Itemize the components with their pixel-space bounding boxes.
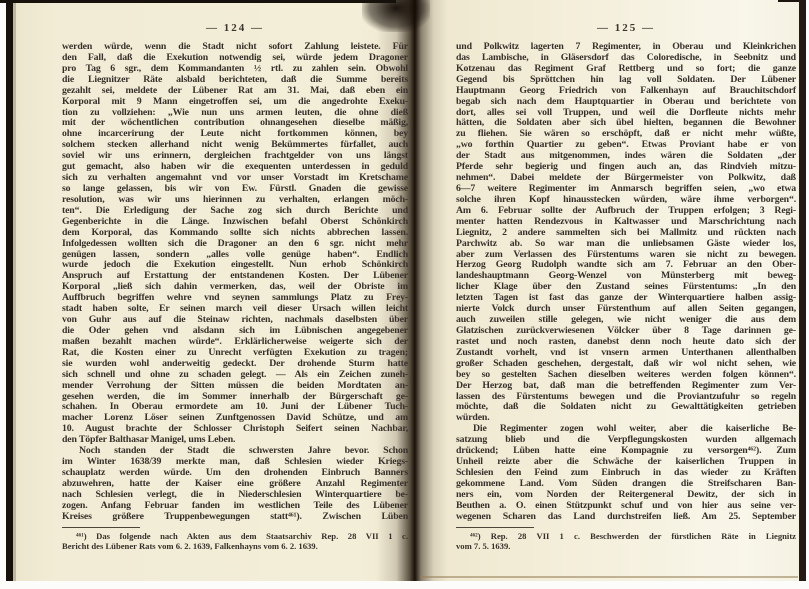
right-page-bottom-edge (420, 576, 798, 578)
scan-edge-left-black (6, 0, 13, 589)
text-line: Bericht des Lübener Rats vom 6. 2. 1639,… (62, 541, 408, 551)
page-body-text: werden würde, wenn die Stadt nicht sofor… (62, 42, 408, 523)
scan-edge-bottom-white (0, 581, 809, 589)
text-line: Liegnitz, 2 andere sammelten sich bei Ma… (456, 228, 796, 239)
text-line: Kreises größere Truppenbewegungen statt⁴… (62, 512, 408, 523)
scan-edge-left-inner (13, 0, 16, 589)
book-page-124: — 124 — werden würde, wenn die Stadt nic… (62, 22, 408, 551)
footnote: ⁴⁶¹) Das folgende nach Akten aus dem Sta… (62, 527, 408, 552)
text-line: Korporal mit 9 Mann eingetroffen sei, um… (62, 97, 408, 108)
page-number: — 124 — (62, 22, 408, 34)
text-line: wegenen Scharen das Land durchstreifen l… (456, 512, 796, 523)
text-line: sich schnell und ohne zu schaden gelegt.… (62, 370, 408, 381)
book-page-125: — 125 — und Polkwitz lagerten 7 Regiment… (456, 22, 796, 551)
page-body-text: und Polkwitz lagerten 7 Regimenter, in O… (456, 42, 796, 523)
text-line: gezahlt sei, meldete der Lübener Rat am … (62, 86, 408, 97)
text-line: Hauptmann Georg Friedrich von Falkenhayn… (456, 86, 796, 97)
text-line: möchte, daß die Soldaten nicht zu Gewalt… (456, 402, 796, 413)
text-line: ⁴⁶²) Rep. 28 VII 1 c. Beschwerden der fü… (456, 531, 796, 541)
text-line: begab sich nach dem Hauptquartier in Obe… (456, 97, 796, 108)
text-line: bey so gestelten Sachen dieselben weiter… (456, 370, 796, 381)
text-line: Infolgedessen wollten sich die Dragoner … (62, 239, 408, 250)
text-line: dem Korporal, das Kommando sollte sich n… (62, 228, 408, 239)
page-number: — 125 — (456, 22, 796, 34)
footnote-text: ⁴⁶²) Rep. 28 VII 1 c. Beschwerden der fü… (456, 531, 796, 552)
text-line: Der Herzog bat, daß man die betreffenden… (456, 381, 796, 392)
footnote-rule (456, 527, 534, 528)
footnote-rule (62, 527, 140, 528)
footnote: ⁴⁶²) Rep. 28 VII 1 c. Beschwerden der fü… (456, 527, 796, 552)
text-line: Parchwitz ab. So war man die unliebsamen… (456, 239, 796, 250)
text-line: vom 7. 5. 1639. (456, 541, 796, 551)
text-line: mender Verrohung der Sitten müssen die b… (62, 381, 408, 392)
text-line: ⁴⁶¹) Das folgende nach Akten aus dem Sta… (62, 531, 408, 541)
scan-edge-top (0, 0, 396, 3)
scan-edge-right-black (799, 0, 806, 589)
text-line: Beuthen a. O. einen Stützpunkt schuf und… (456, 501, 796, 512)
footnote-text: ⁴⁶¹) Das folgende nach Akten aus dem Sta… (62, 531, 408, 552)
text-line: zogen. Anfang Februar fanden im westlich… (62, 501, 408, 512)
